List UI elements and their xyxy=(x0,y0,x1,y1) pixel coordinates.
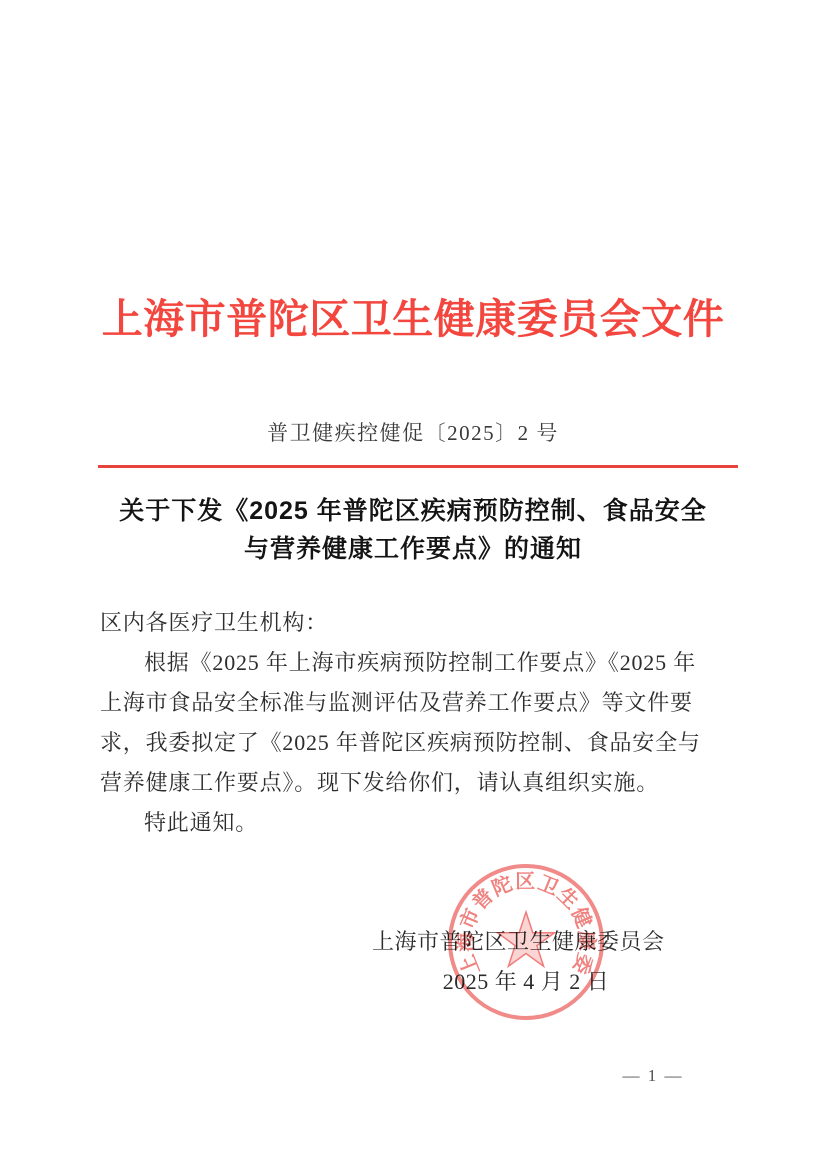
notice-title: 关于下发《2025 年普陀区疾病预防控制、食品安全 与营养健康工作要点》的通知 xyxy=(0,492,826,568)
notice-title-line1: 关于下发《2025 年普陀区疾病预防控制、食品安全 xyxy=(0,492,826,530)
body-line: 根据《2025 年上海市疾病预防控制工作要点》《2025 年 xyxy=(100,643,725,683)
salutation: 区内各医疗卫生机构： xyxy=(100,603,725,643)
body-line: 上海市食品安全标准与监测评估及营养工作要点》等文件要 xyxy=(100,683,725,723)
red-divider-line xyxy=(98,465,738,468)
signature-date: 2025 年 4 月 2 日 xyxy=(372,962,664,1002)
notice-title-line2: 与营养健康工作要点》的通知 xyxy=(0,530,826,568)
signature-org: 上海市普陀区卫生健康委员会 xyxy=(372,922,664,962)
notice-body: 区内各医疗卫生机构： 根据《2025 年上海市疾病预防控制工作要点》《2025 … xyxy=(100,603,725,843)
page-number: — 1 — xyxy=(597,1066,709,1086)
body-line: 求，我委拟定了《2025 年普陀区疾病预防控制、食品安全与 xyxy=(100,723,725,763)
document-page: 上海市普陀区卫生健康委员会文件 普卫健疾控健促〔2025〕2 号 关于下发《20… xyxy=(0,0,826,1169)
body-line: 营养健康工作要点》。现下发给你们，请认真组织实施。 xyxy=(100,763,725,803)
body-line: 特此通知。 xyxy=(100,803,725,843)
document-number: 普卫健疾控健促〔2025〕2 号 xyxy=(0,417,826,447)
closing-block: 上海市普陀区卫生健康委员会 2025 年 4 月 2 日 xyxy=(372,922,664,1002)
agency-header-title: 上海市普陀区卫生健康委员会文件 xyxy=(0,286,826,345)
